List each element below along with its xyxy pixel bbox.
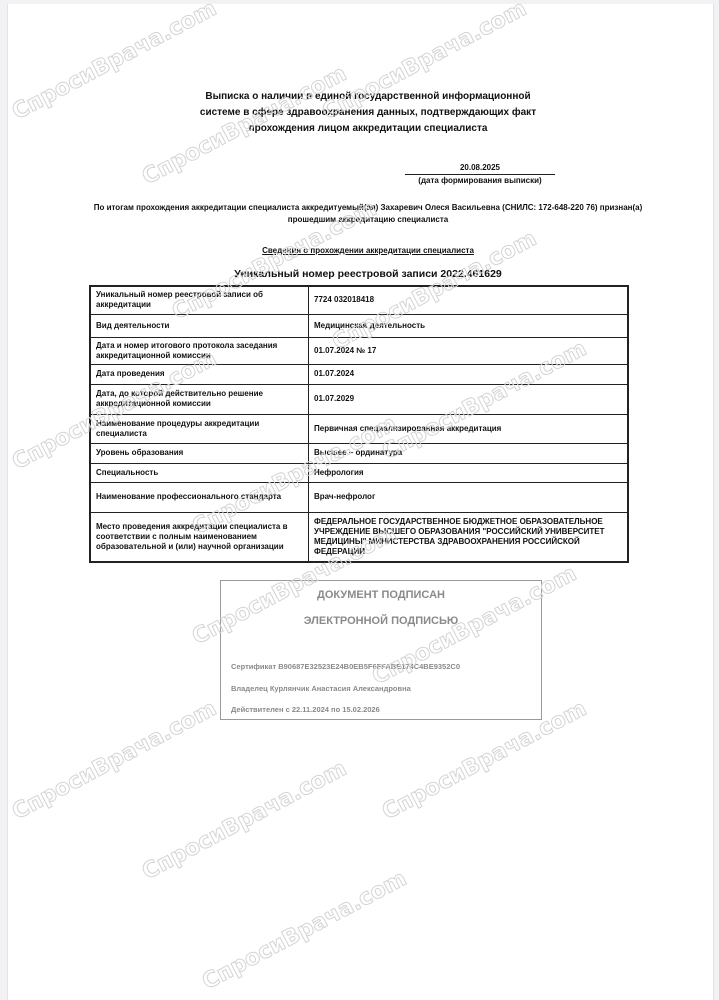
table-row: Дата проведения 01.07.2024 [90, 364, 628, 384]
table-row: Наименование профессионального стандарта… [90, 482, 628, 512]
row-value: 01.07.2024 [309, 364, 629, 384]
row-value: Первичная специализированная аккредитаци… [309, 414, 629, 443]
row-value: ФЕДЕРАЛЬНОЕ ГОСУДАРСТВЕННОЕ БЮДЖЕТНОЕ ОБ… [309, 512, 629, 562]
row-value: Медицинская деятельность [309, 314, 629, 337]
row-label: Уникальный номер реестровой записи об ак… [90, 286, 309, 314]
row-value: 01.07.2029 [309, 384, 629, 414]
table-row: Специальность Нефрология [90, 463, 628, 482]
signature-heading-1: ДОКУМЕНТ ПОДПИСАН [221, 589, 541, 601]
issue-date-block: 20.08.2025 (дата формирования выписки) [405, 162, 555, 187]
signature-certificate: Сертификат B90687E32523E24B0EB5F6FFABE17… [231, 662, 460, 671]
row-value: Нефрология [309, 463, 629, 482]
document-title: Выписка о наличии в единой государственн… [148, 89, 588, 137]
row-label: Дата и номер итогового протокола заседан… [90, 337, 309, 364]
row-value: 7724 032018418 [309, 286, 629, 314]
section-heading: Сведения о прохождении аккредитации спец… [158, 246, 578, 255]
table-row: Уникальный номер реестровой записи об ак… [90, 286, 628, 314]
row-label: Место проведения аккредитации специалист… [90, 512, 309, 562]
title-line: системе в сфере здравоохранения данных, … [148, 105, 588, 121]
table-row: Уровень образования Высшее – ординатура [90, 443, 628, 463]
signature-owner: Владелец Курлянчик Анастасия Александров… [231, 684, 411, 693]
signature-validity: Действителен с 22.11.2024 по 15.02.2026 [231, 705, 380, 714]
table-row: Вид деятельности Медицинская деятельност… [90, 314, 628, 337]
row-label: Дата, до которой действительно решение а… [90, 384, 309, 414]
table-row: Место проведения аккредитации специалист… [90, 512, 628, 562]
row-label: Вид деятельности [90, 314, 309, 337]
row-value: 01.07.2024 № 17 [309, 337, 629, 364]
table-row: Дата, до которой действительно решение а… [90, 384, 628, 414]
table-row: Наименование процедуры аккредитации спец… [90, 414, 628, 443]
row-value: Высшее – ординатура [309, 443, 629, 463]
intro-text: По итогам прохождения аккредитации специ… [88, 202, 648, 226]
row-label: Дата проведения [90, 364, 309, 384]
row-label: Специальность [90, 463, 309, 482]
signature-heading-2: ЭЛЕКТРОННОЙ ПОДПИСЬЮ [221, 615, 541, 627]
accreditation-table: Уникальный номер реестровой записи об ак… [89, 285, 629, 563]
registry-number: Уникальный номер реестровой записи 2022.… [158, 268, 578, 280]
row-label: Наименование профессионального стандарта [90, 482, 309, 512]
issue-date: 20.08.2025 [405, 162, 555, 175]
electronic-signature-stamp: ДОКУМЕНТ ПОДПИСАН ЭЛЕКТРОННОЙ ПОДПИСЬЮ С… [220, 580, 542, 720]
table-row: Дата и номер итогового протокола заседан… [90, 337, 628, 364]
issue-date-caption: (дата формирования выписки) [405, 175, 555, 187]
title-line: прохождения лицом аккредитации специалис… [148, 121, 588, 137]
row-label: Наименование процедуры аккредитации спец… [90, 414, 309, 443]
title-line: Выписка о наличии в единой государственн… [148, 89, 588, 105]
row-label: Уровень образования [90, 443, 309, 463]
row-value: Врач-нефролог [309, 482, 629, 512]
